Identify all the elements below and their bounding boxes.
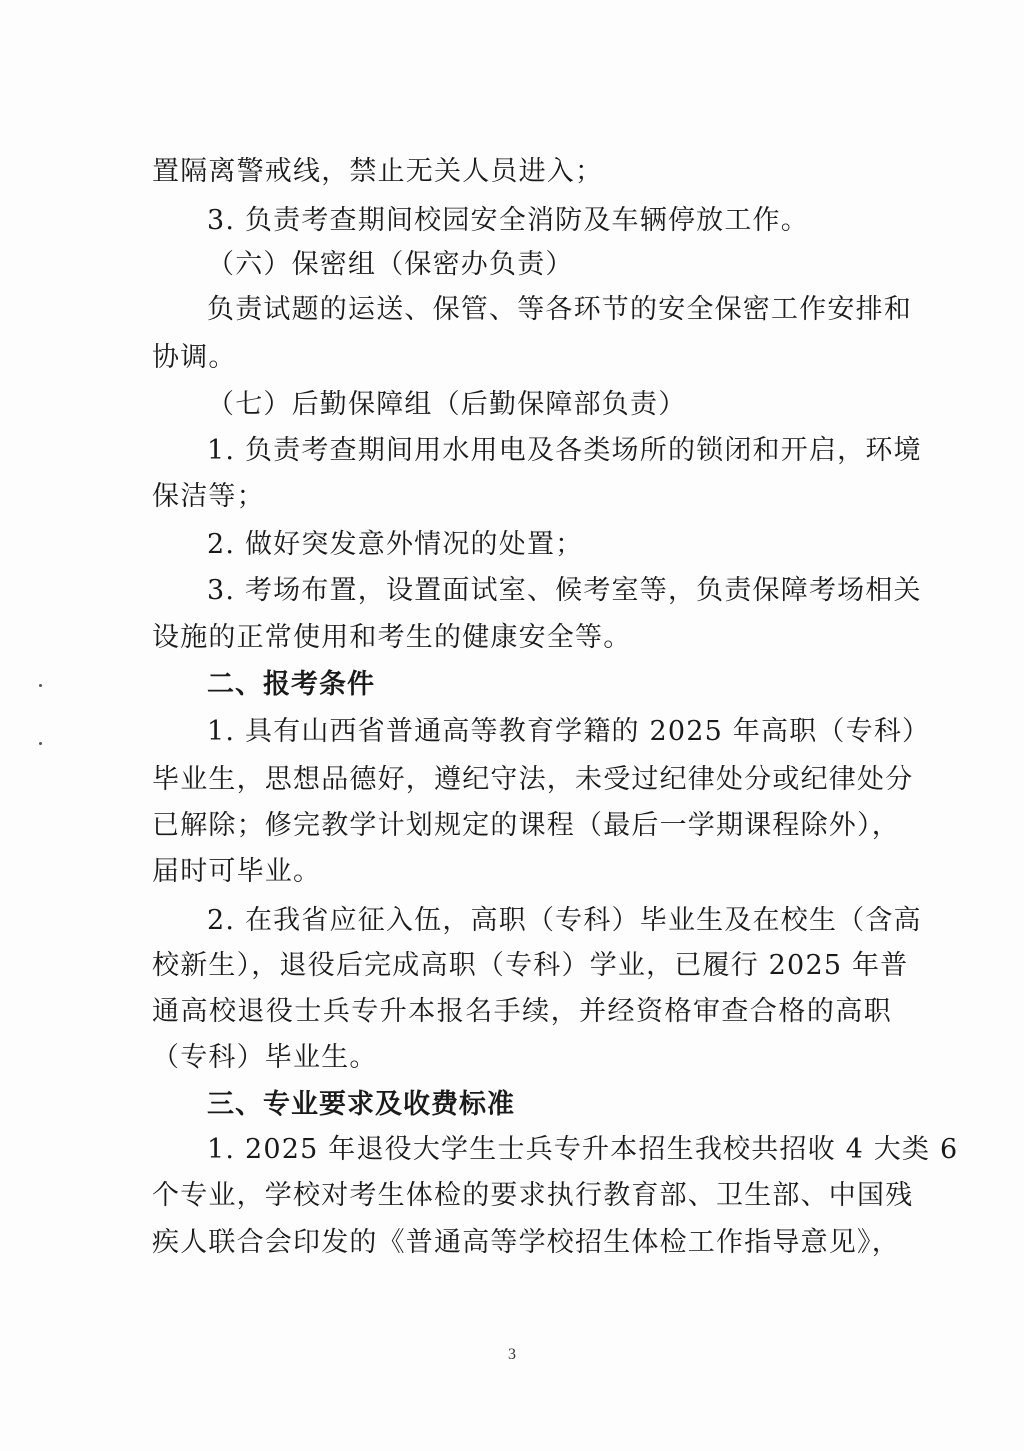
scan-speck bbox=[39, 742, 42, 745]
text-line: 置隔离警戒线，禁止无关人员进入； bbox=[152, 155, 892, 189]
text-line: 3. 考场布置，设置面试室、候考室等，负责保障考场相关 bbox=[207, 574, 892, 608]
text-line: 毕业生，思想品德好，遵纪守法，未受过纪律处分或纪律处分 bbox=[152, 763, 892, 797]
text-line: 1. 负责考查期间用水用电及各类场所的锁闭和开启，环境 bbox=[207, 434, 892, 468]
scan-speck bbox=[39, 684, 42, 687]
text-line: 届时可毕业。 bbox=[152, 855, 892, 889]
text-line: 设施的正常使用和考生的健康安全等。 bbox=[152, 621, 892, 655]
text-line: 通高校退役士兵专升本报名手续，并经资格审查合格的高职 bbox=[152, 995, 892, 1029]
text-line: 疾人联合会印发的《普通高等学校招生体检工作指导意见》， bbox=[152, 1226, 892, 1260]
section-heading: 三、专业要求及收费标准 bbox=[207, 1088, 892, 1122]
text-line: 协调。 bbox=[152, 341, 892, 375]
section-heading: 二、报考条件 bbox=[207, 668, 892, 702]
text-line: 校新生），退役后完成高职（专科）学业，已履行 2025 年普 bbox=[152, 949, 892, 983]
text-line: 1. 2025 年退役大学生士兵专升本招生我校共招收 4 大类 6 bbox=[207, 1133, 892, 1167]
document-page: 置隔离警戒线，禁止无关人员进入；3. 负责考查期间校园安全消防及车辆停放工作。（… bbox=[0, 0, 1024, 1451]
text-line: （六）保密组（保密办负责） bbox=[207, 248, 892, 282]
text-line: 个专业，学校对考生体检的要求执行教育部、卫生部、中国残 bbox=[152, 1179, 892, 1213]
text-line: 保洁等； bbox=[152, 480, 892, 514]
text-line: 2. 做好突发意外情况的处置； bbox=[207, 528, 892, 562]
text-line: 已解除；修完教学计划规定的课程（最后一学期课程除外）， bbox=[152, 809, 892, 843]
text-line: 1. 具有山西省普通高等教育学籍的 2025 年高职（专科） bbox=[207, 715, 892, 749]
text-line: 负责试题的运送、保管、等各环节的安全保密工作安排和 bbox=[207, 293, 892, 327]
text-line: 3. 负责考查期间校园安全消防及车辆停放工作。 bbox=[207, 204, 892, 238]
text-line: 2. 在我省应征入伍，高职（专科）毕业生及在校生（含高 bbox=[207, 904, 892, 938]
text-line: （七）后勤保障组（后勤保障部负责） bbox=[207, 388, 892, 422]
text-line: （专科）毕业生。 bbox=[152, 1041, 892, 1075]
page-number: 3 bbox=[0, 1346, 1024, 1364]
